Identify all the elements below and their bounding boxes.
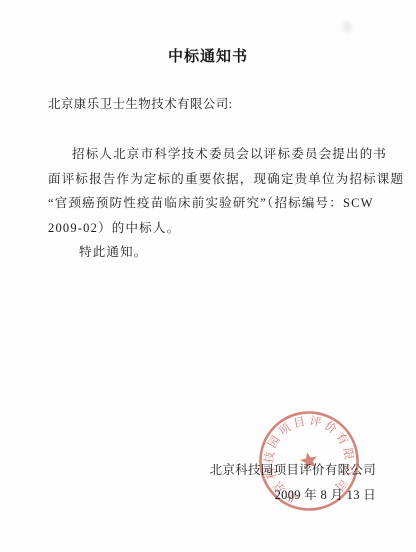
- closing-line: 特此通知。: [48, 240, 384, 265]
- body-line: 招标人北京市科学技术委员会以评标委员会提出的书: [48, 142, 384, 167]
- scan-smudge-artifact: [340, 18, 354, 36]
- issuer-company-name: 北京科技园项目评价有限公司: [210, 458, 376, 483]
- issue-date: 2009 年 8 月 13 日: [210, 483, 376, 508]
- scanned-document-page: 中标通知书 北京康乐卫士生物技术有限公司: 招标人北京市科学技术委员会以评标委员…: [0, 0, 416, 552]
- document-title: 中标通知书: [0, 45, 416, 66]
- body-line: 2009-02）的中标人。: [48, 216, 384, 241]
- recipient-salutation: 北京康乐卫士生物技术有限公司:: [48, 94, 232, 112]
- document-body: 招标人北京市科学技术委员会以评标委员会提出的书 面评标报告作为定标的重要依据，现…: [48, 142, 384, 265]
- body-line: 面评标报告作为定标的重要依据，现确定贵单位为招标课题: [48, 167, 384, 192]
- body-line: “官颈癌预防性疫苗临床前实验研究”（招标编号：SCW: [48, 191, 384, 216]
- signature-block: 北京科技园项目评价有限公司 2009 年 8 月 13 日: [210, 458, 376, 508]
